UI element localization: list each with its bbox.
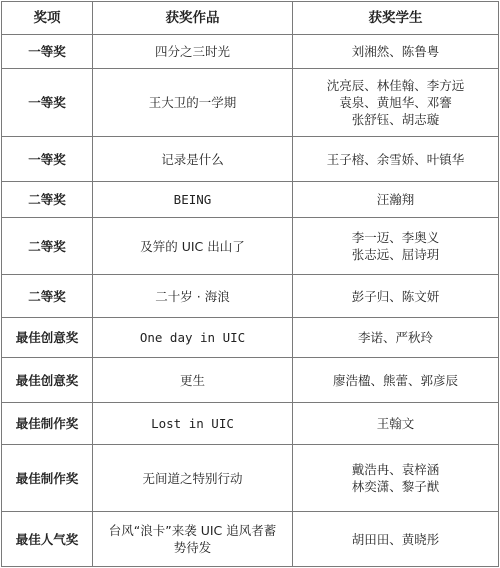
student-line: 廖浩楹、熊蕾、郭彦辰 (297, 372, 494, 389)
student-line: 张志远、屈诗玥 (297, 246, 494, 263)
student-line: 戴浩冉、袁梓涵 (297, 461, 494, 478)
table-row: 最佳人气奖 台风“浪卡”来袭 UIC 追风者蓄势待发 胡田田、黄晓彤 (2, 512, 499, 567)
table-row: 一等奖 王大卫的一学期 沈亮辰、林佳翰、李方远 袁泉、黄旭华、邓謇 张舒钰、胡志… (2, 69, 499, 137)
students-cell: 廖浩楹、熊蕾、郭彦辰 (293, 358, 499, 403)
work-cell: Lost in UIC (93, 403, 293, 445)
table-row: 最佳制作奖 Lost in UIC 王翰文 (2, 403, 499, 445)
award-cell: 最佳制作奖 (2, 403, 93, 445)
award-cell: 一等奖 (2, 35, 93, 69)
work-cell: BEING (93, 182, 293, 218)
work-cell: One day in UIC (93, 318, 293, 358)
student-line: 胡田田、黄晓彤 (297, 531, 494, 548)
work-cell: 记录是什么 (93, 137, 293, 182)
award-cell: 二等奖 (2, 275, 93, 318)
student-line: 李一迈、李奥义 (297, 229, 494, 246)
student-line: 张舒钰、胡志璇 (297, 111, 494, 128)
award-cell: 最佳制作奖 (2, 445, 93, 512)
table-row: 最佳制作奖 无间道之特别行动 戴浩冉、袁梓涵 林奕潇、黎子猷 (2, 445, 499, 512)
work-cell: 更生 (93, 358, 293, 403)
award-cell: 一等奖 (2, 137, 93, 182)
table-row: 最佳创意奖 One day in UIC 李诺、严秋玲 (2, 318, 499, 358)
table-row: 最佳创意奖 更生 廖浩楹、熊蕾、郭彦辰 (2, 358, 499, 403)
students-cell: 戴浩冉、袁梓涵 林奕潇、黎子猷 (293, 445, 499, 512)
work-cell: 及笄的 UIC 出山了 (93, 218, 293, 275)
student-line: 王子榕、余雪娇、叶镇华 (297, 151, 494, 168)
award-cell: 最佳创意奖 (2, 358, 93, 403)
table-row: 一等奖 记录是什么 王子榕、余雪娇、叶镇华 (2, 137, 499, 182)
work-cell: 四分之三时光 (93, 35, 293, 69)
students-cell: 王子榕、余雪娇、叶镇华 (293, 137, 499, 182)
award-cell: 一等奖 (2, 69, 93, 137)
student-line: 林奕潇、黎子猷 (297, 478, 494, 495)
students-cell: 王翰文 (293, 403, 499, 445)
student-line: 彭子归、陈文妍 (297, 288, 494, 305)
awards-table: 奖项 获奖作品 获奖学生 一等奖 四分之三时光 刘湘然、陈鲁粤 一等奖 王大卫的… (1, 1, 499, 567)
student-line: 袁泉、黄旭华、邓謇 (297, 94, 494, 111)
award-cell: 最佳创意奖 (2, 318, 93, 358)
students-cell: 胡田田、黄晓彤 (293, 512, 499, 567)
header-row: 奖项 获奖作品 获奖学生 (2, 2, 499, 35)
table-row: 二等奖 BEING 汪瀚翔 (2, 182, 499, 218)
work-cell: 台风“浪卡”来袭 UIC 追风者蓄势待发 (93, 512, 293, 567)
students-cell: 刘湘然、陈鲁粤 (293, 35, 499, 69)
award-cell: 二等奖 (2, 182, 93, 218)
student-line: 刘湘然、陈鲁粤 (297, 43, 494, 60)
students-cell: 李诺、严秋玲 (293, 318, 499, 358)
students-cell: 李一迈、李奥义 张志远、屈诗玥 (293, 218, 499, 275)
student-line: 李诺、严秋玲 (297, 329, 494, 346)
students-cell: 沈亮辰、林佳翰、李方远 袁泉、黄旭华、邓謇 张舒钰、胡志璇 (293, 69, 499, 137)
students-cell: 汪瀚翔 (293, 182, 499, 218)
header-award: 奖项 (2, 2, 93, 35)
award-cell: 二等奖 (2, 218, 93, 275)
work-cell: 王大卫的一学期 (93, 69, 293, 137)
award-cell: 最佳人气奖 (2, 512, 93, 567)
header-students: 获奖学生 (293, 2, 499, 35)
work-cell: 二十岁 · 海浪 (93, 275, 293, 318)
student-line: 王翰文 (297, 415, 494, 432)
table-row: 二等奖 二十岁 · 海浪 彭子归、陈文妍 (2, 275, 499, 318)
student-line: 沈亮辰、林佳翰、李方远 (297, 77, 494, 94)
student-line: 汪瀚翔 (297, 191, 494, 208)
table-row: 一等奖 四分之三时光 刘湘然、陈鲁粤 (2, 35, 499, 69)
work-cell: 无间道之特别行动 (93, 445, 293, 512)
table-row: 二等奖 及笄的 UIC 出山了 李一迈、李奥义 张志远、屈诗玥 (2, 218, 499, 275)
students-cell: 彭子归、陈文妍 (293, 275, 499, 318)
header-work: 获奖作品 (93, 2, 293, 35)
